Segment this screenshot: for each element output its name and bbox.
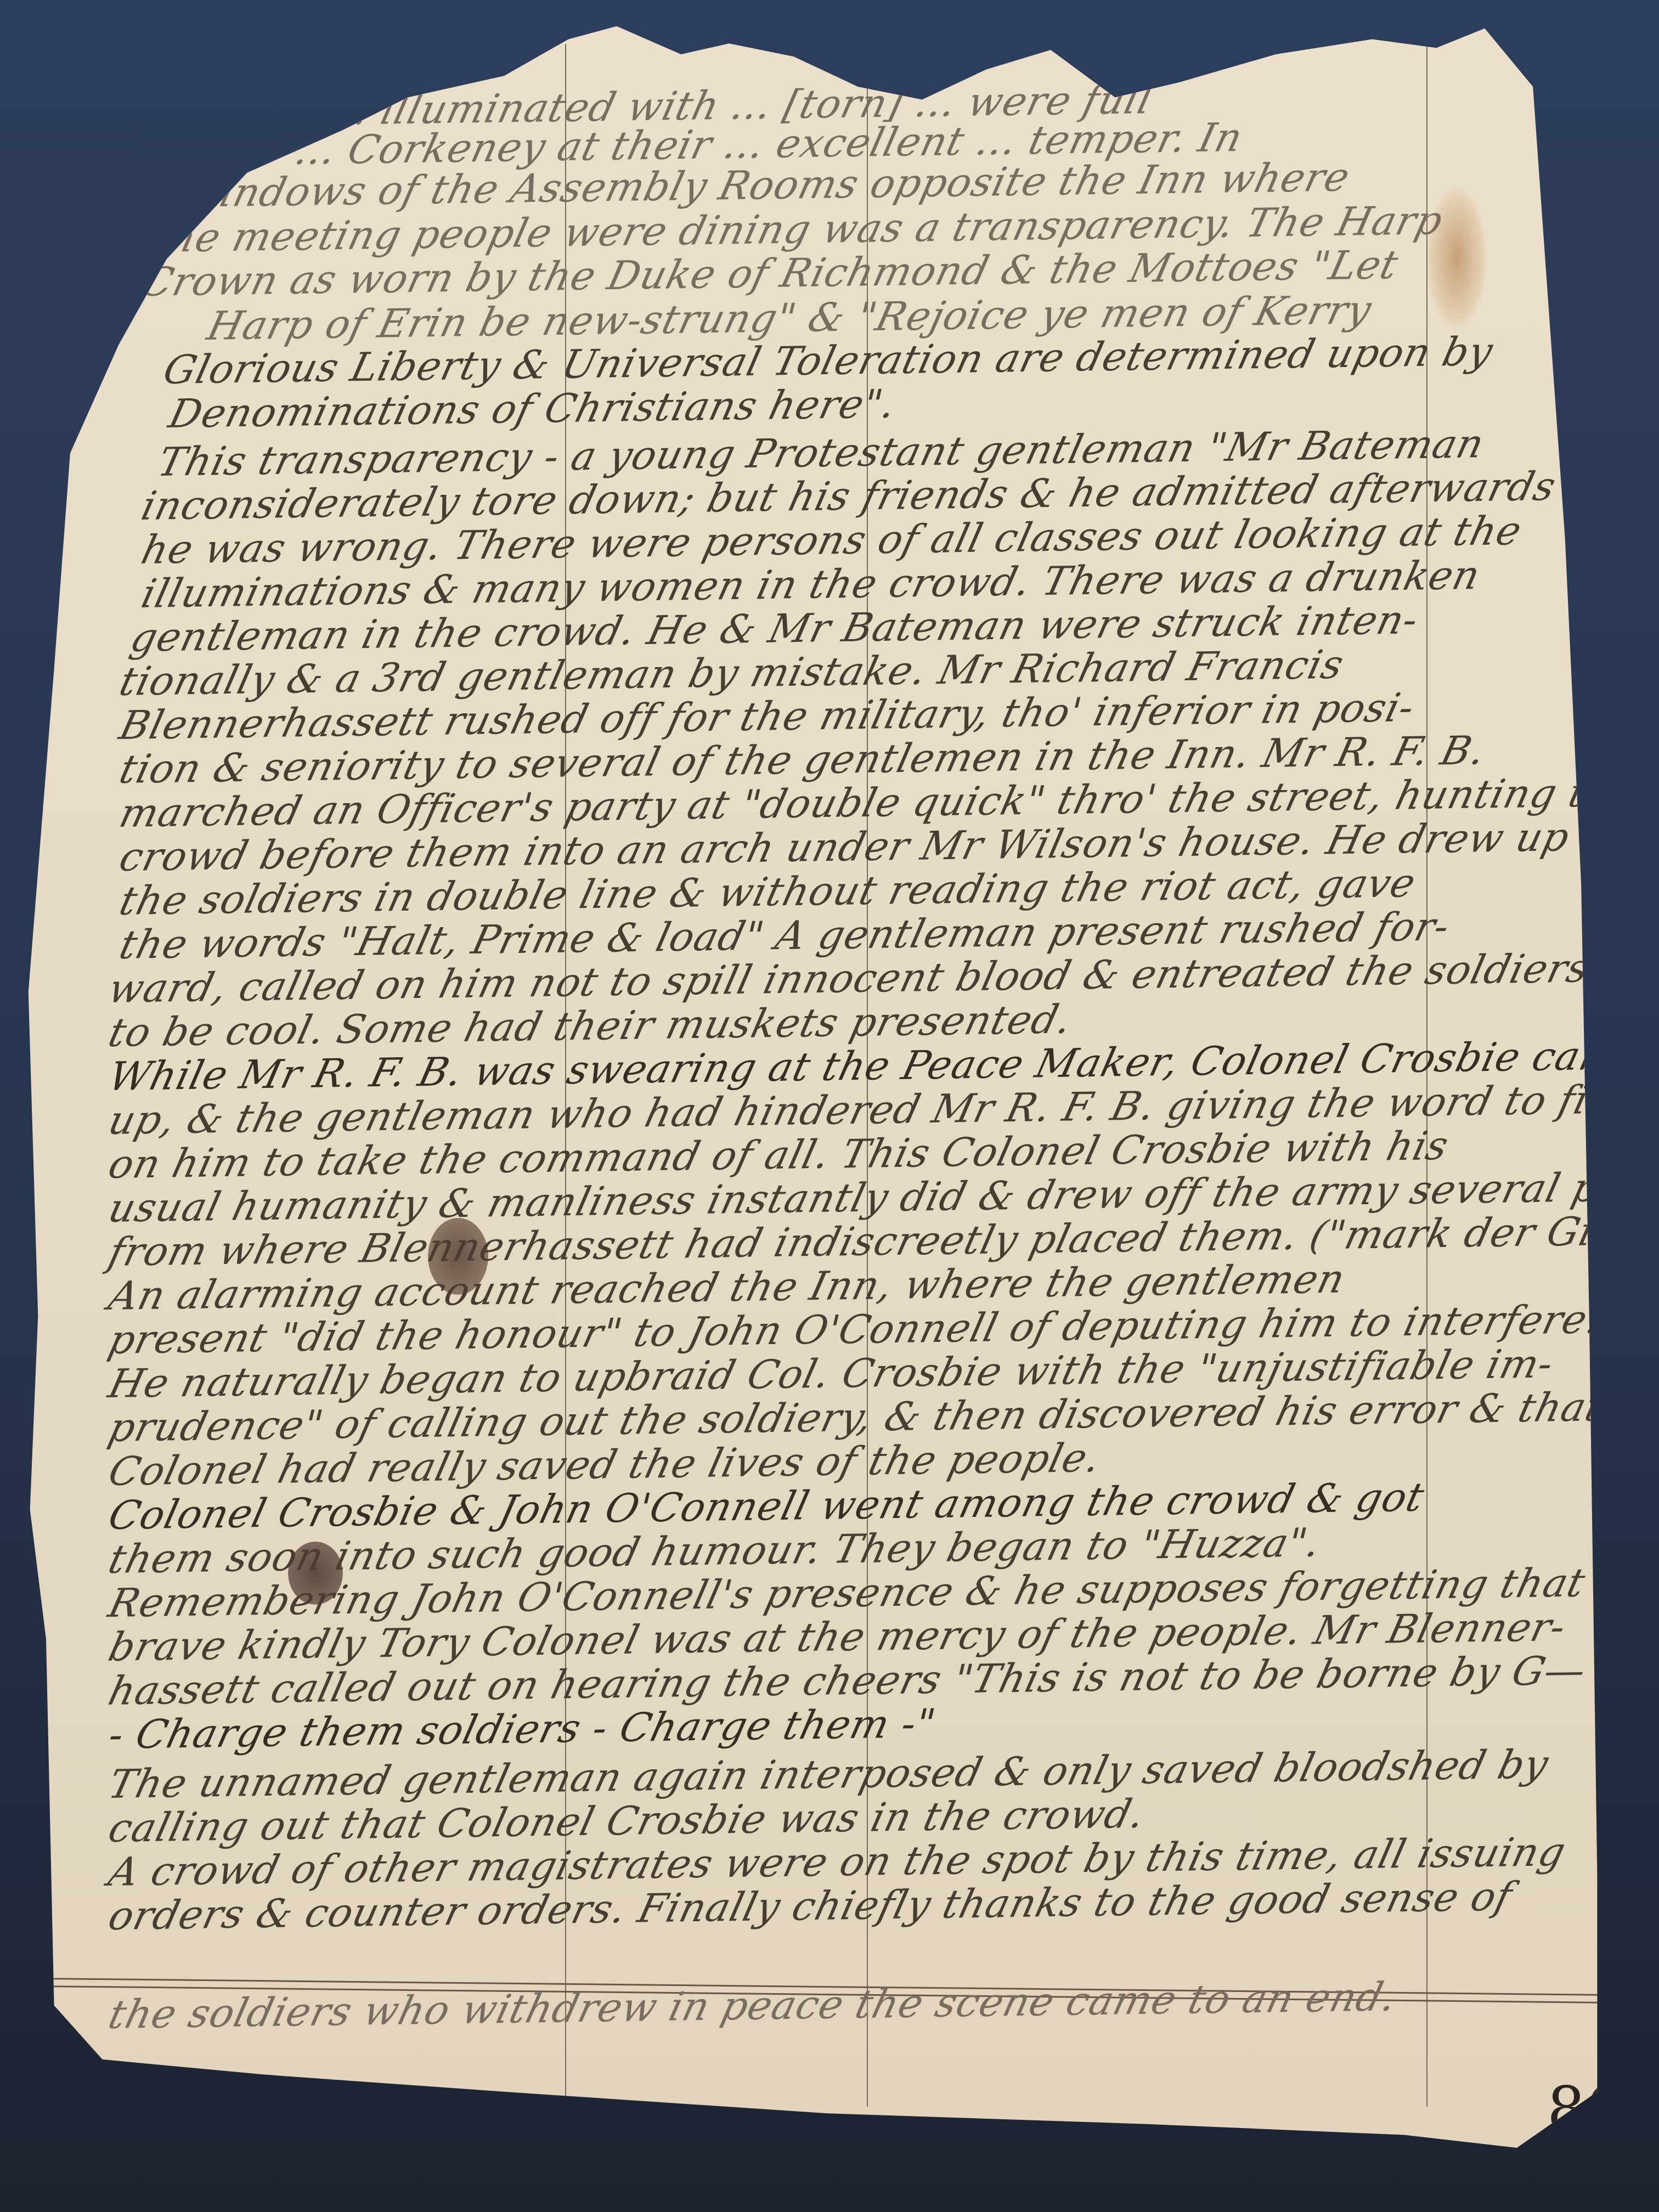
manuscript-page: ... illuminated with ... [torn] ... were… xyxy=(22,22,1629,2178)
text-line: the soldiers who withdrew in peace the s… xyxy=(104,1973,1401,2038)
text-line: Denominations of Christians here". xyxy=(165,381,901,437)
